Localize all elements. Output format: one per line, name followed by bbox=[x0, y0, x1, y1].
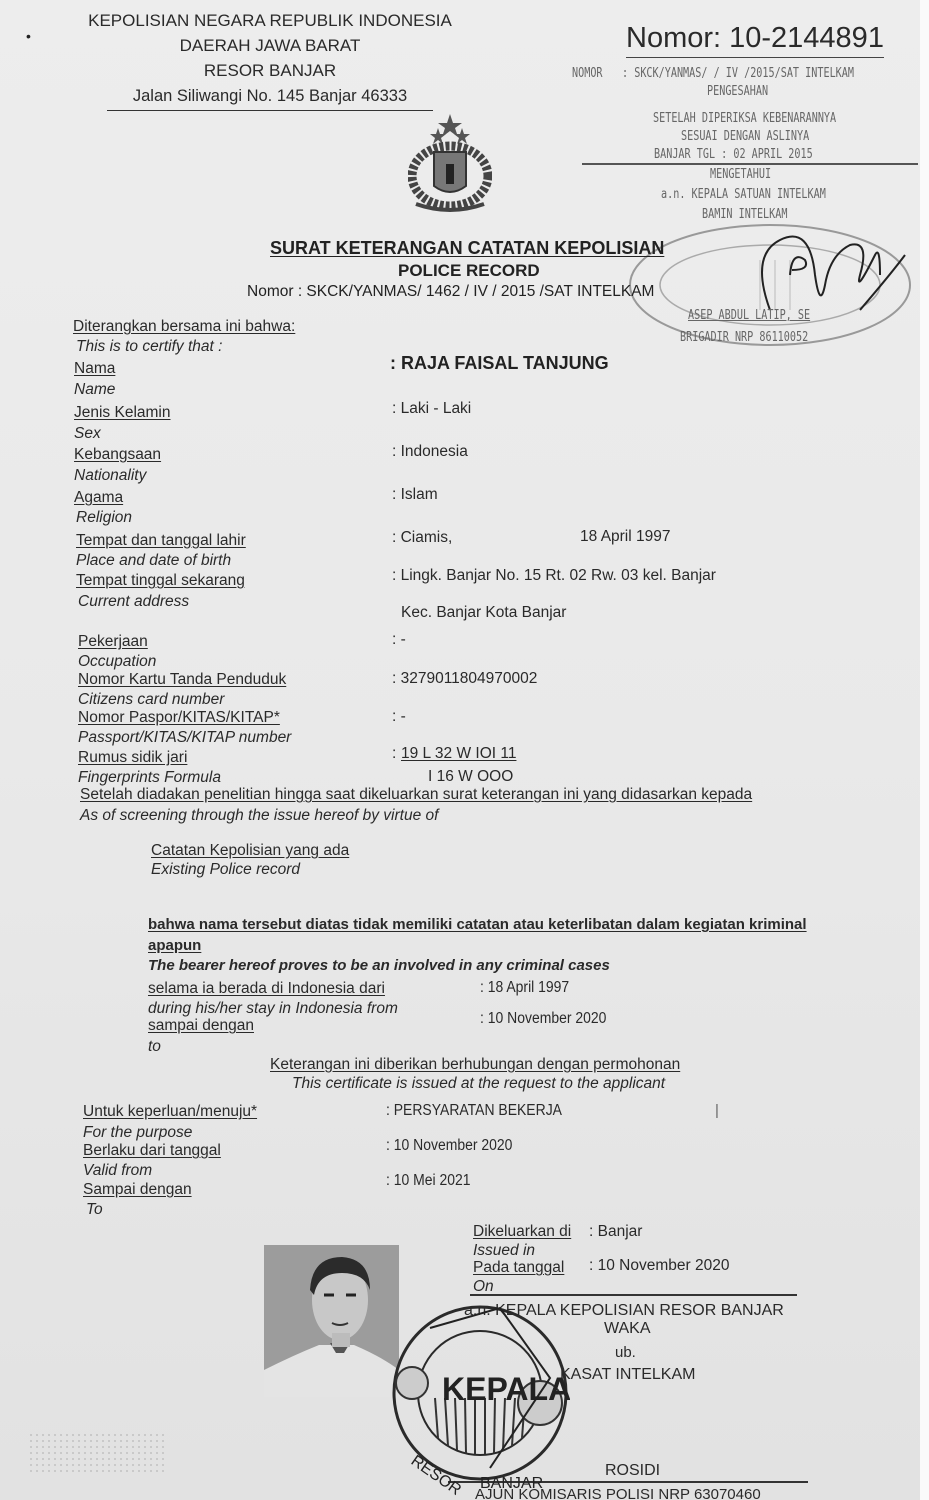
stamp-signer-rank: BRIGADIR NRP 86110052 bbox=[680, 330, 808, 345]
purpose-cursor-mark: | bbox=[715, 1102, 719, 1119]
document-page: KEPOLISIAN NEGARA REPUBLIK INDONESIA DAE… bbox=[0, 0, 920, 1500]
field-religion-label-en: Religion bbox=[76, 509, 132, 527]
stamp-line2: SESUAI DENGAN ASLINYA bbox=[681, 129, 809, 144]
field-address-line1: : Lingk. Banjar No. 15 Rt. 02 Rw. 03 kel… bbox=[392, 567, 716, 585]
field-passport-value: : - bbox=[392, 708, 406, 726]
intro-en: This is to certify that : bbox=[76, 338, 222, 356]
field-idcard-value: : 3279011804970002 bbox=[392, 670, 537, 688]
document-subtitle: POLICE RECORD bbox=[398, 261, 540, 281]
fingerprint-colon: : bbox=[392, 745, 396, 763]
field-address-label-en: Current address bbox=[78, 593, 189, 611]
valid-from-value: : 10 November 2020 bbox=[386, 1137, 512, 1155]
valid-to-label-en: To bbox=[86, 1201, 103, 1219]
intro-id: Diterangkan bersama ini bahwa: bbox=[73, 318, 295, 336]
dotted-watermark bbox=[28, 1432, 168, 1472]
stay-from-value: : 18 April 1997 bbox=[480, 979, 569, 997]
field-birth-place: : Ciamis, bbox=[392, 529, 452, 547]
scan-edge bbox=[920, 0, 929, 1500]
stamp-nomor-value: : SKCK/YANMAS/ / IV /2015/SAT INTELKAM bbox=[622, 66, 854, 81]
request-en: This certificate is issued at the reques… bbox=[292, 1075, 665, 1093]
letterhead: KEPOLISIAN NEGARA REPUBLIK INDONESIA DAE… bbox=[60, 8, 480, 111]
stamp-divider bbox=[582, 163, 918, 165]
field-occupation-value: : - bbox=[392, 631, 406, 649]
stay-to-label-id: sampai dengan bbox=[148, 1017, 254, 1035]
screening-en: As of screening through the issue hereof… bbox=[80, 807, 438, 825]
purpose-label-en: For the purpose bbox=[83, 1124, 192, 1142]
stay-to-label-en: to bbox=[148, 1038, 161, 1056]
screening-basis-en: Existing Police record bbox=[151, 861, 300, 879]
stay-to-value: : 10 November 2020 bbox=[480, 1010, 606, 1028]
field-sex-value: : Laki - Laki bbox=[392, 400, 471, 418]
signatory-line3: ub. bbox=[615, 1344, 636, 1361]
screening-basis-id: Catatan Kepolisian yang ada bbox=[151, 842, 349, 860]
stamp-date: BANJAR TGL : 02 APRIL 2015 bbox=[654, 147, 813, 162]
stamp-line1: SETELAH DIPERIKSA KEBENARANNYA bbox=[653, 111, 836, 126]
field-fingerprint-formula-top: 19 L 32 W IOI 11 bbox=[401, 745, 516, 763]
field-name-label-en: Name bbox=[74, 381, 115, 399]
valid-from-label-id: Berlaku dari tanggal bbox=[83, 1142, 221, 1160]
field-religion-value: : Islam bbox=[392, 486, 438, 504]
stamp-on-behalf: a.n. KEPALA SATUAN INTELKAM bbox=[661, 187, 826, 202]
purpose-label-id: Untuk keperluan/menuju* bbox=[83, 1103, 257, 1121]
official-seal-icon: KEPALA RESOR BANJAR bbox=[390, 1288, 570, 1498]
field-sex-label-en: Sex bbox=[74, 425, 101, 443]
field-fingerprint-label-en: Fingerprints Formula bbox=[78, 769, 221, 787]
request-id: Keterangan ini diberikan berhubungan den… bbox=[270, 1056, 680, 1074]
statement-id-line1: bahwa nama tersebut diatas tidak memilik… bbox=[148, 916, 807, 933]
field-nationality-value: : Indonesia bbox=[392, 443, 468, 461]
stay-from-label-id: selama ia berada di Indonesia dari bbox=[148, 980, 385, 998]
field-idcard-label-id: Nomor Kartu Tanda Penduduk bbox=[78, 671, 286, 689]
field-religion-label-id: Agama bbox=[74, 489, 123, 507]
purpose-value: : PERSYARATAN BEKERJA bbox=[386, 1102, 562, 1120]
police-emblem-icon bbox=[408, 112, 492, 216]
person-photo-icon bbox=[264, 1245, 399, 1397]
field-occupation-label-en: Occupation bbox=[78, 653, 156, 671]
field-passport-label-en: Passport/KITAS/KITAP number bbox=[78, 729, 291, 747]
org-unit: RESOR BANJAR bbox=[60, 58, 480, 83]
field-occupation-label-id: Pekerjaan bbox=[78, 633, 148, 651]
issued-place-value: : Banjar bbox=[589, 1223, 642, 1241]
field-name-label-id: Nama bbox=[74, 360, 115, 378]
stamp-signer-name: ASEP ABDUL LATIP, SE bbox=[688, 308, 810, 323]
org-region: DAERAH JAWA BARAT bbox=[60, 33, 480, 58]
serial-number: Nomor: 10-2144891 bbox=[626, 22, 884, 58]
field-sex-label-id: Jenis Kelamin bbox=[74, 404, 171, 422]
stay-from-label-en: during his/her stay in Indonesia from bbox=[148, 1000, 398, 1018]
svg-text:BANJAR: BANJAR bbox=[480, 1475, 543, 1492]
stamp-title: PENGESAHAN bbox=[707, 84, 768, 99]
svg-text:KEPALA: KEPALA bbox=[442, 1371, 570, 1407]
statement-en: The bearer hereof proves to be an involv… bbox=[148, 957, 610, 974]
signatory-line2: WAKA bbox=[604, 1320, 651, 1338]
issued-place-label-en: Issued in bbox=[473, 1242, 535, 1260]
applicant-photo bbox=[264, 1245, 399, 1397]
screening-id: Setelah diadakan penelitian hingga saat … bbox=[80, 786, 752, 804]
field-name-value: : RAJA FAISAL TANJUNG bbox=[390, 353, 609, 374]
issued-date-value: : 10 November 2020 bbox=[589, 1257, 729, 1275]
field-idcard-label-en: Citizens card number bbox=[78, 691, 224, 709]
field-birth-date: 18 April 1997 bbox=[580, 528, 671, 546]
valid-to-label-id: Sampai dengan bbox=[83, 1181, 192, 1199]
speck: • bbox=[26, 28, 31, 44]
field-fingerprint-label-id: Rumus sidik jari bbox=[78, 749, 187, 767]
signatory-line4: KASAT INTELKAM bbox=[560, 1366, 695, 1384]
stamp-acknowledged: MENGETAHUI bbox=[710, 167, 771, 182]
document-title: SURAT KETERANGAN CATATAN KEPOLISIAN bbox=[270, 238, 664, 259]
org-address: Jalan Siliwangi No. 145 Banjar 46333 bbox=[107, 84, 433, 111]
stamp-nomor-label: NOMOR bbox=[572, 66, 603, 81]
org-name: KEPOLISIAN NEGARA REPUBLIK INDONESIA bbox=[60, 8, 480, 33]
field-nationality-label-id: Kebangsaan bbox=[74, 446, 161, 464]
issued-place-label-id: Dikeluarkan di bbox=[473, 1223, 571, 1241]
statement-id-line2: apapun bbox=[148, 937, 201, 954]
field-fingerprint-formula-bottom: I 16 W OOO bbox=[428, 768, 513, 786]
valid-from-label-en: Valid from bbox=[83, 1162, 152, 1180]
field-birth-label-en: Place and date of birth bbox=[76, 552, 231, 570]
issued-date-label-id: Pada tanggal bbox=[473, 1259, 564, 1277]
field-address-line2: Kec. Banjar Kota Banjar bbox=[401, 604, 566, 622]
field-birth-label-id: Tempat dan tanggal lahir bbox=[76, 532, 246, 550]
field-address-label-id: Tempat tinggal sekarang bbox=[76, 572, 245, 590]
document-number: Nomor : SKCK/YANMAS/ 1462 / IV / 2015 /S… bbox=[247, 283, 654, 301]
field-nationality-label-en: Nationality bbox=[74, 467, 146, 485]
field-passport-label-id: Nomor Paspor/KITAS/KITAP* bbox=[78, 709, 280, 727]
valid-to-value: : 10 Mei 2021 bbox=[386, 1172, 471, 1190]
signatory-name: ROSIDI bbox=[605, 1462, 660, 1480]
